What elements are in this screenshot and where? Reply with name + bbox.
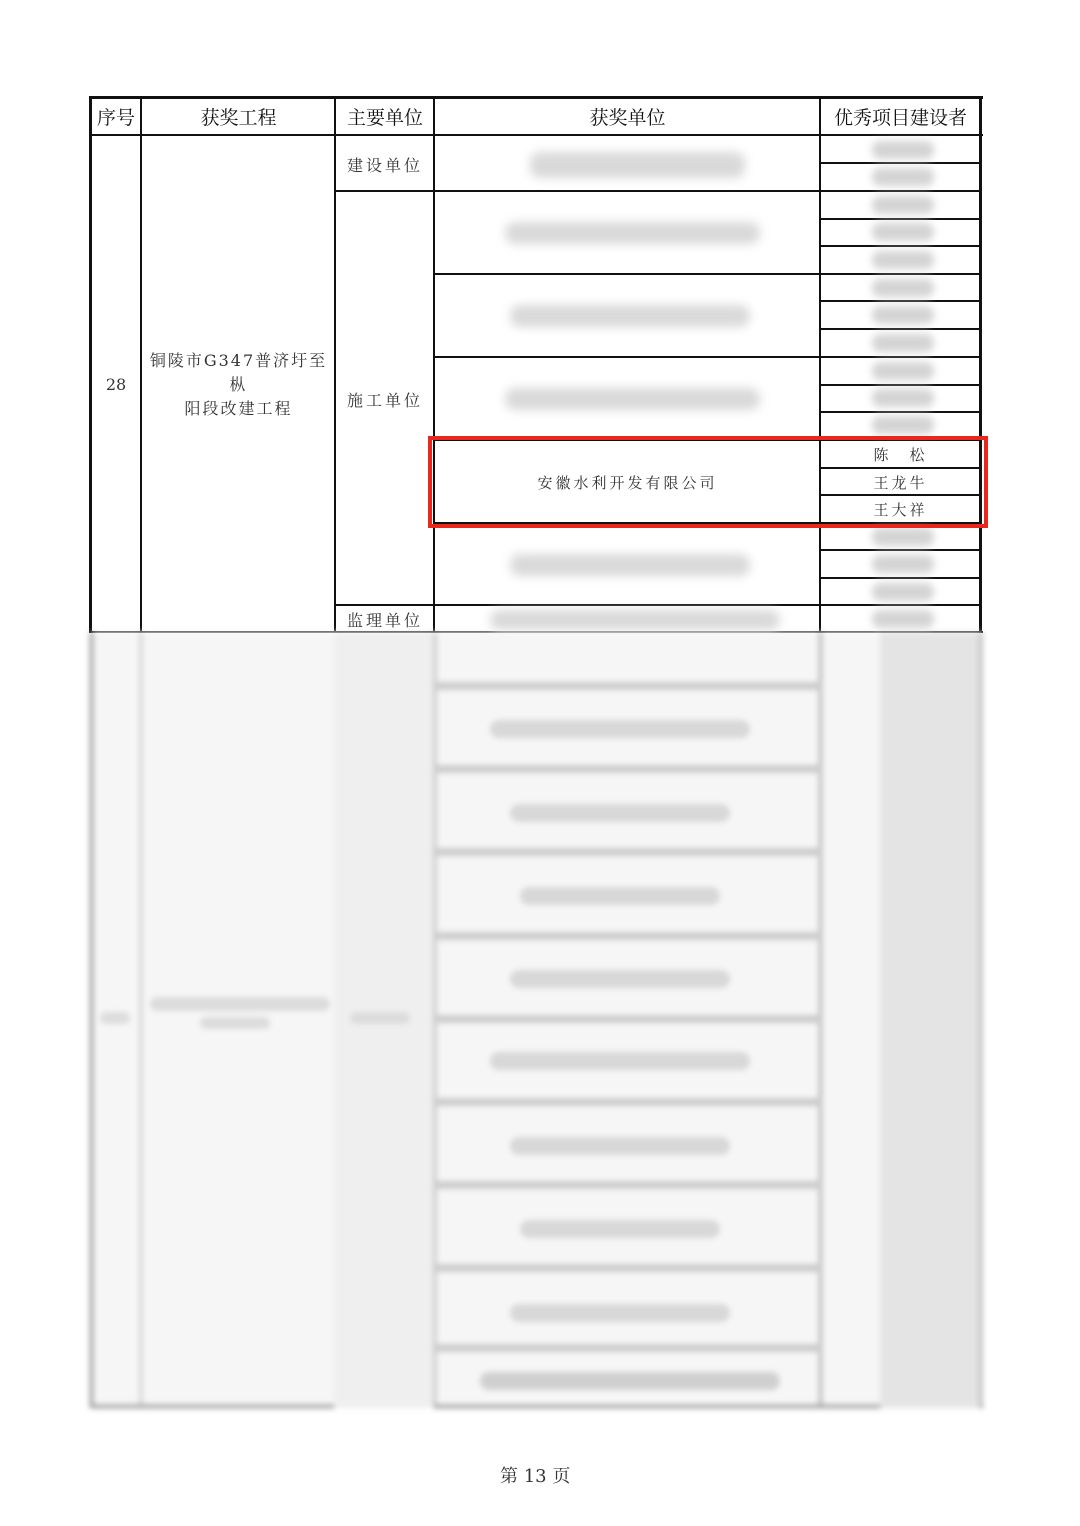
blurred-person-name [872, 583, 934, 601]
header-builders: 优秀项目建设者 [821, 98, 980, 135]
blurred-person-name [872, 168, 934, 186]
blurred-person-name [872, 279, 934, 297]
blurred-unit-name [505, 222, 760, 244]
person-divider [819, 577, 981, 579]
blurred-person-name [872, 334, 934, 352]
group-divider-1 [334, 190, 981, 192]
person-divider [819, 549, 981, 551]
unit-divider-1 [433, 273, 981, 275]
blurred-next-entry [90, 632, 983, 1408]
blurred-person-name [872, 196, 934, 214]
header-seq: 序号 [91, 98, 141, 135]
page-number: 第 13 页 [500, 1462, 570, 1488]
blurred-person-name [872, 223, 934, 241]
role-supervisor: 监理单位 [336, 606, 434, 633]
person-divider [819, 162, 981, 164]
role-contractor: 施工单位 [336, 192, 434, 606]
entry-project: 铜陵市G347普济圩至枞 阳段改建工程 [142, 136, 335, 633]
person-divider [819, 300, 981, 302]
blurred-unit-name [510, 305, 750, 327]
highlight-box [428, 436, 988, 528]
blurred-person-name [872, 555, 934, 573]
header-award-unit: 获奖单位 [435, 98, 820, 135]
blurred-unit-name [510, 554, 750, 576]
awards-table: 序号 获奖工程 主要单位 获奖单位 优秀项目建设者 28 铜陵市G347普济圩至… [0, 0, 1080, 1526]
group-divider-2 [334, 604, 981, 606]
blurred-unit-name [490, 610, 780, 630]
person-divider [819, 328, 981, 330]
blurred-person-name [872, 389, 934, 407]
blurred-unit-name [530, 152, 745, 178]
person-divider [819, 218, 981, 220]
blurred-person-name [872, 528, 934, 546]
blurred-person-name [872, 306, 934, 324]
header-project: 获奖工程 [142, 98, 335, 135]
col-divider-4 [819, 96, 821, 633]
person-divider [819, 384, 981, 386]
project-line-2: 阳段改建工程 [184, 397, 292, 421]
header-main-unit: 主要单位 [336, 98, 434, 135]
blurred-person-name [872, 610, 934, 628]
unit-divider-2 [433, 356, 981, 358]
blurred-person-name [872, 251, 934, 269]
project-line-1: 铜陵市G347普济圩至枞 [142, 349, 335, 397]
blurred-person-name [872, 362, 934, 380]
person-divider [819, 411, 981, 413]
entry-number: 28 [91, 136, 141, 633]
blurred-unit-name [505, 388, 760, 410]
blurred-person-name [872, 141, 934, 159]
table-right-border [979, 96, 982, 633]
person-divider [819, 245, 981, 247]
blurred-person-name [872, 416, 934, 434]
role-construction-owner: 建设单位 [336, 136, 434, 192]
